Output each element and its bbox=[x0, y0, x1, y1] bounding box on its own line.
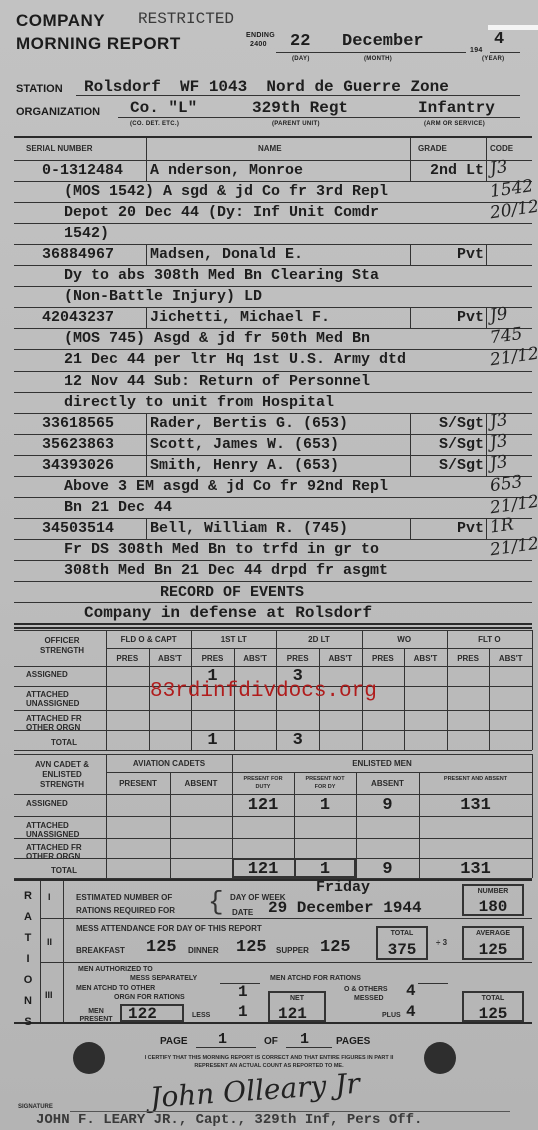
serial-number: 0-1312484 bbox=[42, 162, 123, 179]
signature-label: SIGNATURE bbox=[18, 1104, 53, 1110]
rations-top-rule bbox=[14, 879, 532, 881]
punch-hole-right bbox=[424, 1042, 456, 1074]
roster-col-divider bbox=[146, 519, 147, 539]
roster-col-divider bbox=[410, 456, 411, 476]
total-label: TOTAL bbox=[378, 930, 426, 937]
table-row: 34393026Smith, Henry A. (653)S/SgtJ3 bbox=[14, 456, 532, 476]
table-row: 0-1312484A nderson, Monroe2nd LtJ3 bbox=[14, 161, 532, 181]
entry-remark: (Non-Battle Injury) LD bbox=[64, 288, 262, 305]
men-present-box: 122 bbox=[120, 1004, 184, 1022]
roster-col-divider bbox=[486, 414, 487, 434]
enlisted-row-label: ASSIGNED bbox=[26, 799, 102, 808]
organization-arm: Infantry bbox=[418, 99, 495, 117]
officer-sub-header: ABS'T bbox=[149, 654, 192, 663]
table-rule bbox=[14, 754, 532, 755]
roster-col-divider bbox=[486, 435, 487, 455]
roster-col-divider bbox=[146, 435, 147, 455]
table-row: Dy to abs 308th Med Bn Clearing Sta bbox=[14, 266, 532, 286]
mess-total-box: TOTAL 375 bbox=[376, 926, 428, 960]
rations-divider bbox=[40, 881, 41, 1022]
table-col-divider bbox=[106, 630, 107, 750]
average-label: AVERAGE bbox=[464, 930, 522, 937]
table-col-divider bbox=[489, 648, 490, 750]
roster-col-divider bbox=[146, 138, 147, 160]
enlisted-count-cell: 121 bbox=[232, 796, 294, 815]
aviation-cadets-header: AVIATION CADETS bbox=[106, 759, 232, 768]
parent-caption: (PARENT UNIT) bbox=[272, 121, 320, 127]
officer-group-header: WO bbox=[362, 635, 447, 644]
enlisted-col-header: PRESENT NOT FOR DY bbox=[294, 775, 356, 791]
entry-remark: 1542) bbox=[64, 225, 109, 242]
arm-caption: (ARM OR SERVICE) bbox=[424, 121, 485, 127]
year-underline bbox=[490, 52, 520, 53]
station-value: Rolsdorf WF 1043 Nord de Guerre Zone bbox=[84, 78, 449, 96]
net-label: NET bbox=[270, 995, 324, 1002]
entry-remark: Depot 20 Dec 44 (Dy: Inf Unit Comdr bbox=[64, 204, 379, 221]
handwritten-code: 1R bbox=[489, 514, 515, 537]
table-rule bbox=[14, 816, 532, 817]
men-present-label: MEN PRESENT bbox=[72, 1008, 120, 1024]
rations-total-value: 125 bbox=[464, 1005, 522, 1023]
roster-col-divider bbox=[410, 245, 411, 265]
rations-side-letter: S bbox=[20, 1012, 36, 1033]
ending-time: 2400 bbox=[250, 41, 267, 48]
punch-hole-left bbox=[73, 1042, 105, 1074]
rations-side-letter: T bbox=[20, 928, 36, 949]
handwritten-signature: John Olleary Jr bbox=[149, 1067, 361, 1115]
rations-estimate-label-2: RATIONS REQUIRED FOR bbox=[76, 906, 175, 915]
entry-remark: 21 Dec 44 per ltr Hq 1st U.S. Army dtd bbox=[64, 351, 406, 368]
rations-divider bbox=[63, 881, 64, 1022]
entry-remark: Fr DS 308th Med Bn to trfd in gr to bbox=[64, 541, 379, 558]
table-row: 1542) bbox=[14, 224, 532, 244]
rations-section-iii: III bbox=[45, 990, 53, 1000]
rations-side-letter: A bbox=[20, 907, 36, 928]
soldier-name: Madsen, Donald E. bbox=[150, 246, 303, 263]
roster-col-divider bbox=[486, 519, 487, 539]
enlisted-count-cell: 131 bbox=[419, 796, 532, 815]
col-grade: GRADE bbox=[418, 144, 447, 153]
morning-report-form: COMPANY RESTRICTED MORNING REPORT ENDING… bbox=[0, 0, 538, 1130]
officer-sub-header: PRES bbox=[447, 654, 490, 663]
o-others-label: O & OTHERS bbox=[344, 986, 388, 993]
officer-sub-header: PRES bbox=[276, 654, 319, 663]
table-rule bbox=[14, 710, 532, 711]
men-authorized-label: MEN AUTHORIZED TO bbox=[78, 966, 153, 973]
soldier-name: Smith, Henry A. (653) bbox=[150, 457, 339, 474]
officer-sub-header: ABS'T bbox=[404, 654, 447, 663]
handwritten-code: J9 bbox=[489, 304, 509, 326]
mess-average-value: 125 bbox=[464, 941, 522, 959]
enlisted-row-label: ATTACHED FR OTHER ORGN bbox=[26, 843, 102, 861]
roster-col-divider bbox=[486, 161, 487, 181]
rations-estimate-label: ESTIMATED NUMBER OF bbox=[76, 893, 172, 902]
table-col-divider bbox=[404, 648, 405, 750]
table-row: 42043237Jichetti, Michael F.PvtJ9 bbox=[14, 308, 532, 328]
handwritten-code: J3 bbox=[489, 409, 509, 431]
officer-row-label: ATTACHED UNASSIGNED bbox=[26, 690, 102, 708]
record-bottom-rule bbox=[14, 623, 532, 625]
serial-number: 35623863 bbox=[42, 436, 114, 453]
table-row: 308th Med Bn 21 Dec 44 drpd fr asgmt bbox=[14, 561, 532, 581]
handwritten-code: J3 bbox=[489, 431, 509, 453]
entry-remark: (MOS 745) Asgd & jd fr 50th Med Bn bbox=[64, 330, 370, 347]
mess-total-value: 375 bbox=[378, 941, 426, 959]
enlisted-col-header: PRESENT AND ABSENT bbox=[419, 775, 532, 783]
officer-count-cell: 1 bbox=[191, 731, 234, 750]
table-row: 33618565Rader, Bertis G. (653)S/SgtJ3 bbox=[14, 414, 532, 434]
enlisted-col-header: ABSENT bbox=[170, 780, 232, 788]
report-day: 22 bbox=[290, 32, 310, 51]
soldier-name: Jichetti, Michael F. bbox=[150, 309, 330, 326]
total-pages: 1 bbox=[300, 1031, 309, 1048]
number-label: NUMBER bbox=[464, 888, 522, 895]
enlisted-count-cell: 9 bbox=[356, 860, 419, 879]
less-label: LESS bbox=[192, 1012, 210, 1019]
rations-number-box: NUMBER 180 bbox=[462, 884, 524, 916]
officer-count-cell: 3 bbox=[276, 731, 319, 750]
enlisted-strength-table: AVN CADET & ENLISTED STRENGTHAVIATION CA… bbox=[14, 754, 532, 878]
table-col-divider bbox=[447, 630, 448, 750]
officer-sub-header: ABS'T bbox=[489, 654, 532, 663]
restricted-stamp: RESTRICTED bbox=[138, 10, 234, 28]
entry-remark: directly to unit from Hospital bbox=[64, 394, 334, 411]
table-col-divider bbox=[106, 754, 107, 878]
roster-top-rule bbox=[14, 136, 532, 138]
o-others-value: 4 bbox=[406, 982, 416, 1000]
table-row: 35623863Scott, James W. (653)S/SgtJ3 bbox=[14, 435, 532, 455]
officer-row-label: ASSIGNED bbox=[26, 670, 102, 679]
enlisted-count-cell: 9 bbox=[356, 796, 419, 815]
month-caption: (MONTH) bbox=[364, 56, 392, 62]
roster-rule bbox=[14, 602, 532, 603]
soldier-name: Scott, James W. (653) bbox=[150, 436, 339, 453]
rations-side-label: RATIONS bbox=[20, 886, 36, 1033]
roster-col-divider bbox=[410, 414, 411, 434]
col-serial-number: SERIAL NUMBER bbox=[26, 144, 93, 153]
table-col-divider bbox=[532, 754, 533, 878]
plus-label: PLUS bbox=[382, 1012, 401, 1019]
handwritten-code: J3 bbox=[489, 452, 509, 474]
grade: Pvt bbox=[416, 520, 484, 537]
breakfast-label: BREAKFAST bbox=[76, 946, 125, 955]
table-row: Depot 20 Dec 44 (Dy: Inf Unit Comdr20/12 bbox=[14, 203, 532, 223]
serial-number: 34503514 bbox=[42, 520, 114, 537]
entry-remark: 308th Med Bn 21 Dec 44 drpd fr asgmt bbox=[64, 562, 388, 579]
men-present-value: 122 bbox=[128, 1005, 157, 1023]
officer-row-label: ATTACHED FR OTHER ORGN bbox=[26, 714, 102, 732]
table-row: (Non-Battle Injury) LD bbox=[14, 287, 532, 307]
roster-col-divider bbox=[146, 245, 147, 265]
table-row: (MOS 1542) A sgd & jd Co fr 3rd Repl1542 bbox=[14, 182, 532, 202]
roster-col-divider bbox=[410, 435, 411, 455]
organization-underline bbox=[118, 117, 520, 118]
signer-name: JOHN F. LEARY JR., Capt., 329th Inf, Per… bbox=[36, 1112, 422, 1128]
grade: S/Sgt bbox=[416, 415, 484, 432]
table-row: 12 Nov 44 Sub: Return of Personnel bbox=[14, 372, 532, 392]
rations-number-value: 180 bbox=[464, 898, 522, 916]
table-rule bbox=[14, 630, 532, 631]
col-code: CODE bbox=[490, 144, 513, 153]
table-row: Fr DS 308th Med Bn to trfd in gr to21/12 bbox=[14, 540, 532, 560]
officer-group-header: 1ST LT bbox=[191, 635, 276, 644]
roster-col-divider bbox=[146, 456, 147, 476]
table-row: 36884967Madsen, Donald E.Pvt bbox=[14, 245, 532, 265]
rations-total-label: TOTAL bbox=[464, 995, 522, 1002]
table-rule bbox=[14, 794, 532, 795]
roster-rule bbox=[14, 581, 532, 582]
organization-parent-unit: 329th Regt bbox=[252, 99, 348, 117]
officer-group-header: FLT O bbox=[447, 635, 532, 644]
grade: S/Sgt bbox=[416, 436, 484, 453]
organization-label: ORGANIZATION bbox=[16, 106, 100, 118]
serial-number: 33618565 bbox=[42, 415, 114, 432]
table-row: 34503514Bell, William R. (745)Pvt1R bbox=[14, 519, 532, 539]
year-caption: (YEAR) bbox=[482, 56, 504, 62]
table-row: Bn 21 Dec 4421/12 bbox=[14, 498, 532, 518]
date-underline bbox=[276, 52, 466, 53]
soldier-name: Bell, William R. (745) bbox=[150, 520, 348, 537]
mess-separately-label: MESS SEPARATELY bbox=[130, 975, 197, 982]
entry-remark: Bn 21 Dec 44 bbox=[64, 499, 172, 516]
net-value: 121 bbox=[278, 1005, 307, 1023]
dinner-value: 125 bbox=[236, 938, 267, 957]
table-row: directly to unit from Hospital bbox=[14, 393, 532, 413]
roster-col-divider bbox=[146, 414, 147, 434]
roster-col-divider bbox=[410, 519, 411, 539]
officer-group-header: 2D LT bbox=[276, 635, 361, 644]
enlisted-strength-title: AVN CADET & ENLISTED STRENGTH bbox=[22, 760, 102, 790]
grade: Pvt bbox=[416, 309, 484, 326]
enlisted-count-cell: 131 bbox=[419, 860, 532, 879]
enlisted-men-header: ENLISTED MEN bbox=[232, 759, 532, 768]
day-of-week-value: Friday bbox=[316, 879, 370, 896]
soldier-name: A nderson, Monroe bbox=[150, 162, 303, 179]
entry-remark: (MOS 1542) A sgd & jd Co fr 3rd Repl bbox=[64, 183, 388, 200]
breakfast-value: 125 bbox=[146, 938, 177, 957]
table-rule bbox=[14, 666, 532, 667]
table-row: (MOS 745) Asgd & jd fr 50th Med Bn745 bbox=[14, 329, 532, 349]
mess-average-box: AVERAGE 125 bbox=[462, 926, 524, 960]
men-atchd-for-rations-label: MEN ATCHD FOR RATIONS bbox=[270, 975, 361, 982]
less-value: 1 bbox=[238, 1003, 248, 1021]
pages-label: PAGES bbox=[336, 1036, 370, 1047]
officer-sub-header: ABS'T bbox=[234, 654, 277, 663]
roster-col-divider bbox=[486, 138, 487, 160]
entry-remark: Dy to abs 308th Med Bn Clearing Sta bbox=[64, 267, 379, 284]
mess-attendance-label: MESS ATTENDANCE FOR DAY OF THIS REPORT bbox=[76, 924, 262, 933]
paper-tear-mark bbox=[488, 25, 538, 30]
serial-number: 42043237 bbox=[42, 309, 114, 326]
rations-total-box: TOTAL 125 bbox=[462, 991, 524, 1022]
record-of-events-entry: Company in defense at Rolsdorf bbox=[84, 604, 372, 622]
of-label: OF bbox=[264, 1036, 278, 1047]
year-prefix: 194 bbox=[470, 47, 483, 54]
officer-row-label: TOTAL bbox=[26, 738, 102, 747]
roster-col-divider bbox=[146, 308, 147, 328]
divide-by-three: ÷ 3 bbox=[436, 938, 452, 947]
officer-sub-header: PRES bbox=[191, 654, 234, 663]
rations-side-letter: O bbox=[20, 970, 36, 991]
roster-col-divider bbox=[486, 245, 487, 265]
record-of-events-heading: RECORD OF EVENTS bbox=[160, 584, 304, 601]
rations-section-i: I bbox=[48, 892, 51, 902]
grade: S/Sgt bbox=[416, 457, 484, 474]
table-rule bbox=[14, 750, 532, 751]
orgn-for-rations-label: ORGN FOR RATIONS bbox=[114, 994, 185, 1001]
form-title-company: COMPANY bbox=[16, 11, 105, 31]
roster-col-divider bbox=[486, 456, 487, 476]
serial-number: 34393026 bbox=[42, 457, 114, 474]
supper-label: SUPPER bbox=[276, 946, 309, 955]
record-bottom-rule bbox=[14, 627, 532, 629]
rations-rule bbox=[40, 962, 532, 963]
entry-remark: Above 3 EM asgd & jd Co fr 92nd Repl bbox=[64, 478, 388, 495]
table-row: 21 Dec 44 per ltr Hq 1st U.S. Army dtd21… bbox=[14, 350, 532, 370]
plus-value: 4 bbox=[406, 1003, 416, 1021]
supper-value: 125 bbox=[320, 938, 351, 957]
roster-col-divider bbox=[146, 161, 147, 181]
enlisted-row-label: TOTAL bbox=[26, 866, 102, 875]
date-value: 29 December 1944 bbox=[268, 899, 422, 917]
table-col-divider bbox=[294, 858, 296, 878]
enlisted-row-label: ATTACHED UNASSIGNED bbox=[26, 821, 102, 839]
rations-side-letter: I bbox=[20, 949, 36, 970]
report-month: December bbox=[342, 32, 424, 51]
roster-col-divider bbox=[410, 308, 411, 328]
enlisted-count-cell: 1 bbox=[294, 796, 356, 815]
underline bbox=[418, 983, 448, 984]
grade: Pvt bbox=[416, 246, 484, 263]
officer-sub-header: PRES bbox=[106, 654, 149, 663]
men-atchd-other-value: 1 bbox=[238, 983, 248, 1001]
table-row: Above 3 EM asgd & jd Co fr 92nd Repl653 bbox=[14, 477, 532, 497]
grade: 2nd Lt bbox=[416, 162, 484, 179]
form-title-morning-report: MORNING REPORT bbox=[16, 34, 181, 54]
handwritten-code: J3 bbox=[489, 157, 509, 179]
net-box: NET 121 bbox=[268, 991, 326, 1022]
roster-col-divider bbox=[486, 308, 487, 328]
ending-label: ENDING bbox=[246, 32, 275, 39]
serial-number: 36884967 bbox=[42, 246, 114, 263]
dinner-label: DINNER bbox=[188, 946, 219, 955]
soldier-name: Rader, Bertis G. (653) bbox=[150, 415, 348, 432]
enlisted-col-header: PRESENT bbox=[106, 780, 170, 788]
officer-strength-title: OFFICER STRENGTH bbox=[22, 636, 102, 656]
officer-sub-header: PRES bbox=[362, 654, 405, 663]
page-label: PAGE bbox=[160, 1036, 188, 1047]
enlisted-col-header: ABSENT bbox=[356, 780, 419, 788]
table-col-divider bbox=[532, 630, 533, 750]
rations-side-letter: N bbox=[20, 991, 36, 1012]
men-atchd-other-label: MEN ATCHD TO OTHER bbox=[76, 985, 155, 992]
rations-side-letter: R bbox=[20, 886, 36, 907]
page-number: 1 bbox=[218, 1031, 227, 1048]
watermark-text: 83rdinfdivdocs.org bbox=[150, 680, 377, 703]
roster-col-divider bbox=[410, 138, 411, 160]
report-year-digit: 4 bbox=[494, 30, 504, 49]
company-caption: (CO. DET. ETC.) bbox=[130, 121, 179, 127]
roster-col-divider bbox=[410, 161, 411, 181]
organization-company: Co. "L" bbox=[130, 99, 197, 117]
handwritten-code: 653 bbox=[489, 472, 524, 496]
col-name: NAME bbox=[258, 144, 282, 153]
messed-label: MESSED bbox=[354, 995, 384, 1002]
station-label: STATION bbox=[16, 83, 63, 95]
day-caption: (DAY) bbox=[292, 56, 310, 62]
rations-section-ii: II bbox=[47, 937, 52, 947]
entry-remark: 12 Nov 44 Sub: Return of Personnel bbox=[64, 373, 370, 390]
officer-group-header: FLD O & CAPT bbox=[106, 635, 191, 644]
enlisted-col-header: PRESENT FOR DUTY bbox=[232, 775, 294, 791]
officer-sub-header: ABS'T bbox=[319, 654, 362, 663]
rations-rule bbox=[40, 918, 532, 919]
handwritten-code: 745 bbox=[489, 324, 524, 348]
brace: { bbox=[208, 888, 224, 916]
date-label: DATE bbox=[232, 908, 253, 917]
